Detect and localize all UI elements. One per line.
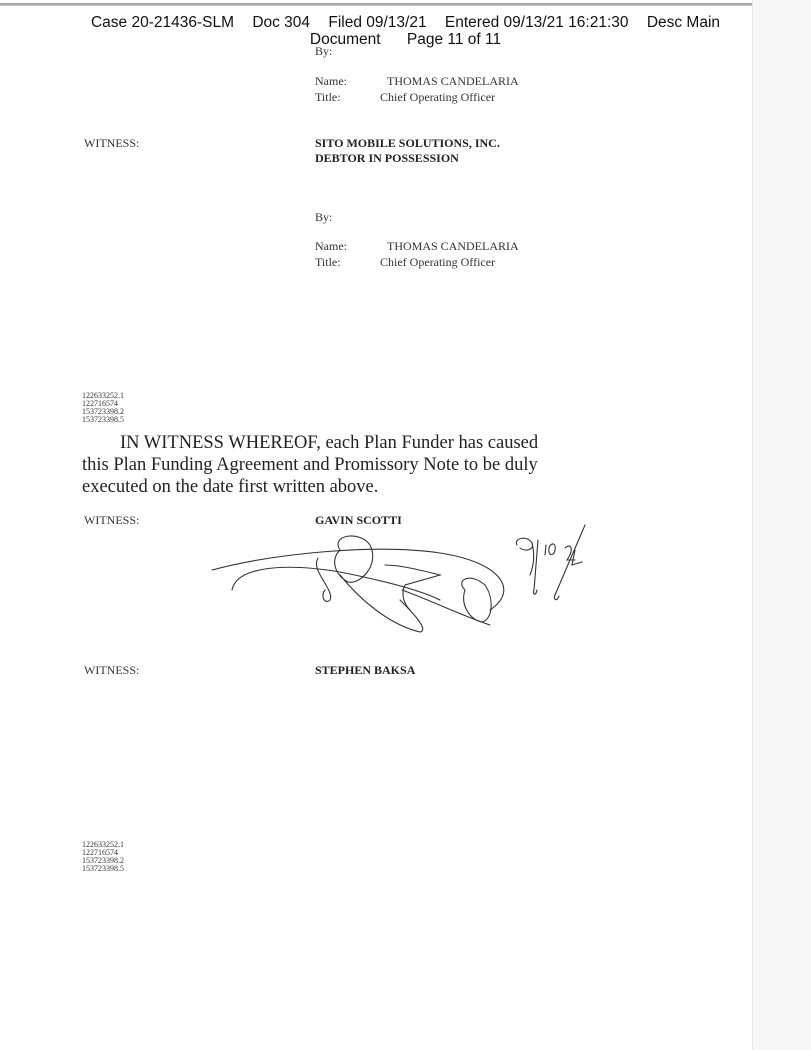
doc-number: Doc 304 xyxy=(252,14,310,31)
page-number: Page 11 of 11 xyxy=(407,31,501,48)
witness-whereof-paragraph: IN WITNESS WHEREOF, each Plan Funder has… xyxy=(82,432,562,498)
doc-id: 153723398.5 xyxy=(82,865,124,873)
title-value: Chief Operating Officer xyxy=(380,90,495,105)
witness-label: WITNESS: xyxy=(84,663,139,678)
document-ids: 122633252.1 122716574 153723398.2 153723… xyxy=(82,841,124,873)
by-label: By: xyxy=(315,210,332,225)
by-label: By: xyxy=(315,44,332,59)
witness-label: WITNESS: xyxy=(84,513,139,528)
page-top-border xyxy=(0,3,811,6)
case-number: Case 20-21436-SLM xyxy=(91,14,234,31)
paragraph-text: IN WITNESS WHEREOF, each Plan Funder has… xyxy=(82,433,538,497)
witness-label: WITNESS: xyxy=(84,136,139,151)
name-label: Name: xyxy=(315,239,347,254)
entity-status: DEBTOR IN POSSESSION xyxy=(315,151,459,166)
signer-name: STEPHEN BAKSA xyxy=(315,663,415,678)
page-edge-shadow xyxy=(752,0,811,1050)
filed-date: Filed 09/13/21 xyxy=(328,14,426,31)
entered-date: Entered 09/13/21 16:21:30 xyxy=(445,14,629,31)
title-value: Chief Operating Officer xyxy=(380,255,495,270)
doc-id: 153723398.5 xyxy=(82,416,124,424)
name-value: THOMAS CANDELARIA xyxy=(387,74,519,89)
entity-name: SITO MOBILE SOLUTIONS, INC. xyxy=(315,136,500,151)
court-filing-stamp: Case 20-21436-SLM Doc 304 Filed 09/13/21… xyxy=(0,14,811,48)
title-label: Title: xyxy=(315,255,341,270)
name-label: Name: xyxy=(315,74,347,89)
signer-name: GAVIN SCOTTI xyxy=(315,513,402,528)
title-label: Title: xyxy=(315,90,341,105)
document-ids: 122633252.1 122716574 153723398.2 153723… xyxy=(82,392,124,424)
name-value: THOMAS CANDELARIA xyxy=(387,239,519,254)
desc: Desc Main xyxy=(647,14,720,31)
